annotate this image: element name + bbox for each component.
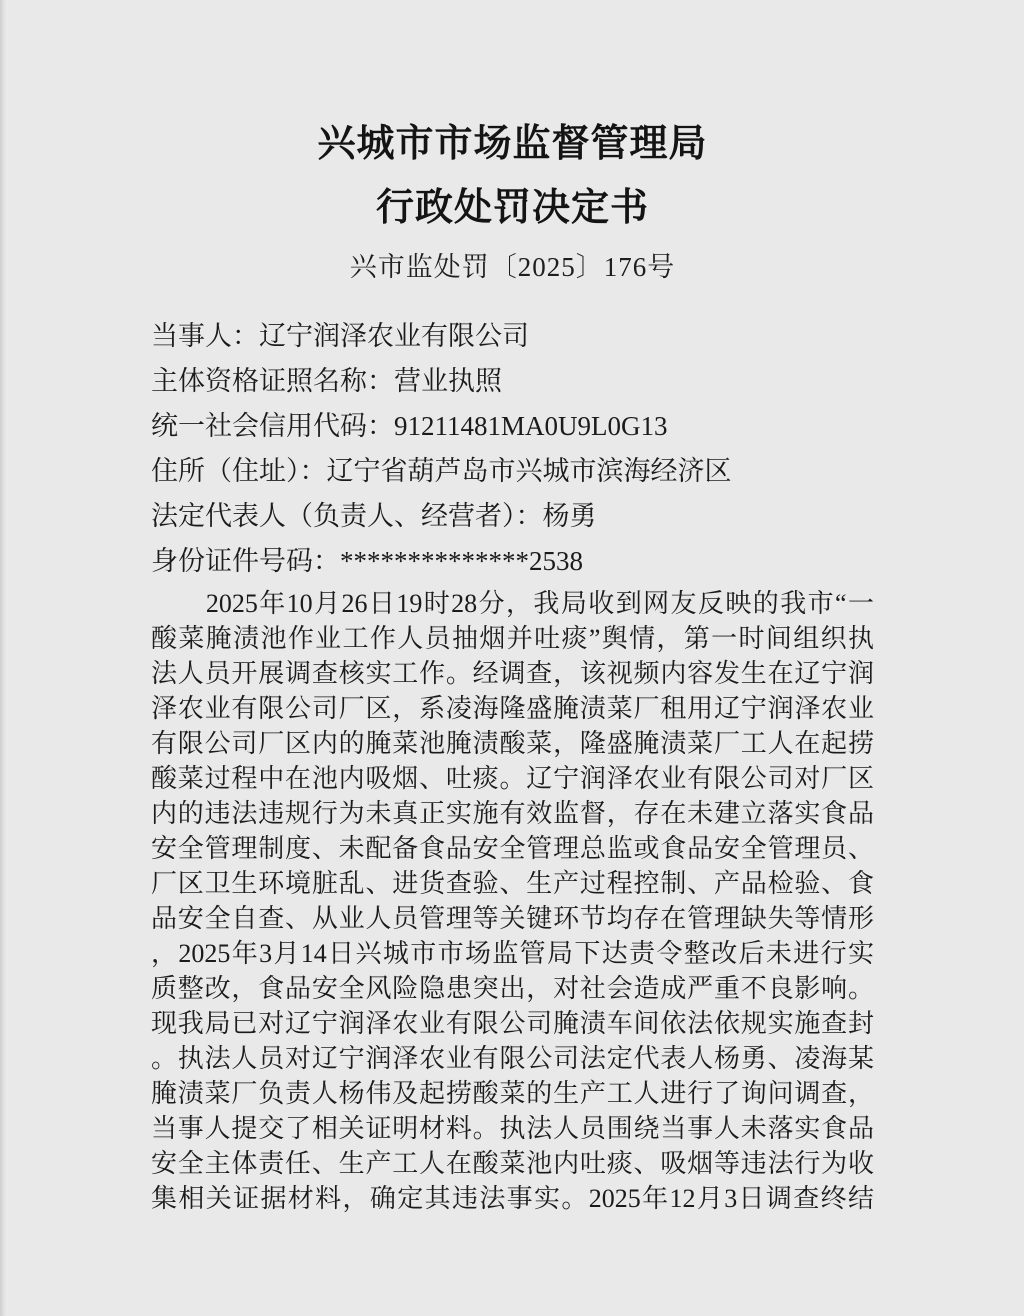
info-field-row: 身份证件号码：**************2538	[151, 539, 874, 584]
body-text-line: 法人员开展调查核实工作。经调查，该视频内容发生在辽宁润	[151, 656, 874, 691]
document-content: 兴城市市场监督管理局行政处罚决定书 兴市监处罚〔2025〕176号 当事人：辽宁…	[151, 0, 874, 1216]
body-text-line: 泽农业有限公司厂区，系凌海隆盛腌渍菜厂租用辽宁润泽农业	[151, 691, 874, 726]
field-label: 住所（住址）：	[151, 456, 327, 486]
body-text-line: 酸菜过程中在池内吸烟、吐痰。辽宁润泽农业有限公司对厂区	[151, 761, 874, 796]
info-field-row: 住所（住址）：辽宁省葫芦岛市兴城市滨海经济区	[151, 449, 874, 494]
document-page: 兴城市市场监督管理局行政处罚决定书 兴市监处罚〔2025〕176号 当事人：辽宁…	[0, 0, 1024, 1316]
body-text-line: ，2025年3月14日兴城市市场监管局下达责令整改后未进行实	[151, 936, 874, 971]
body-text-line: 2025年10月26日19时28分，我局收到网友反映的我市“一	[151, 586, 874, 621]
info-field-row: 统一社会信用代码：91211481MA0U9L0G13	[151, 404, 874, 449]
info-field-row: 当事人：辽宁润泽农业有限公司	[151, 314, 874, 359]
party-info-section: 当事人：辽宁润泽农业有限公司主体资格证照名称：营业执照统一社会信用代码：9121…	[151, 314, 874, 584]
body-text-line: 当事人提交了相关证明材料。执法人员围绕当事人未落实食品	[151, 1111, 874, 1146]
field-value: 辽宁省葫芦岛市兴城市滨海经济区	[327, 456, 732, 486]
field-value: 91211481MA0U9L0G13	[394, 411, 668, 441]
body-text-line: 酸菜腌渍池作业工作人员抽烟并吐痰”舆情，第一时间组织执	[151, 621, 874, 656]
info-field-row: 主体资格证照名称：营业执照	[151, 359, 874, 404]
body-text-line: 集相关证据材料，确定其违法事实。2025年12月3日调查终结	[151, 1181, 874, 1216]
document-number: 兴市监处罚〔2025〕176号	[151, 250, 874, 284]
body-text-line: 腌渍菜厂负责人杨伟及起捞酸菜的生产工人进行了询问调查，	[151, 1076, 874, 1111]
field-value: **************2538	[340, 546, 583, 576]
document-title: 兴城市市场监督管理局行政处罚决定书	[151, 112, 874, 240]
field-label: 法定代表人（负责人、经营者）：	[151, 501, 543, 531]
field-label: 身份证件号码：	[151, 546, 340, 576]
field-label: 统一社会信用代码：	[151, 411, 394, 441]
document-title-line: 兴城市市场监督管理局	[151, 112, 874, 176]
body-text-line: 质整改，食品安全风险隐患突出，对社会造成严重不良影响。	[151, 971, 874, 1006]
body-text-line: 有限公司厂区内的腌菜池腌渍酸菜，隆盛腌渍菜厂工人在起捞	[151, 726, 874, 761]
body-text-line: 安全管理制度、未配备食品安全管理总监或食品安全管理员、	[151, 831, 874, 866]
body-text-line: 。执法人员对辽宁润泽农业有限公司法定代表人杨勇、凌海某	[151, 1041, 874, 1076]
document-title-line: 行政处罚决定书	[151, 176, 874, 240]
info-field-row: 法定代表人（负责人、经营者）：杨勇	[151, 494, 874, 539]
body-text-line: 厂区卫生环境脏乱、进货查验、生产过程控制、产品检验、食	[151, 866, 874, 901]
body-text-line: 现我局已对辽宁润泽农业有限公司腌渍车间依法依规实施查封	[151, 1006, 874, 1041]
field-label: 当事人：	[151, 321, 259, 351]
body-text-line: 内的违法违规行为未真正实施有效监督，存在未建立落实食品	[151, 796, 874, 831]
body-text-line: 安全主体责任、生产工人在酸菜池内吐痰、吸烟等违法行为收	[151, 1146, 874, 1181]
body-text-line: 品安全自查、从业人员管理等关键环节均存在管理缺失等情形	[151, 901, 874, 936]
field-value: 辽宁润泽农业有限公司	[259, 321, 529, 351]
field-label: 主体资格证照名称：	[151, 366, 394, 396]
field-value: 营业执照	[394, 366, 502, 396]
body-paragraph: 2025年10月26日19时28分，我局收到网友反映的我市“一酸菜腌渍池作业工作…	[151, 586, 874, 1216]
page-left-edge-shadow	[0, 0, 6, 1316]
field-value: 杨勇	[543, 501, 597, 531]
